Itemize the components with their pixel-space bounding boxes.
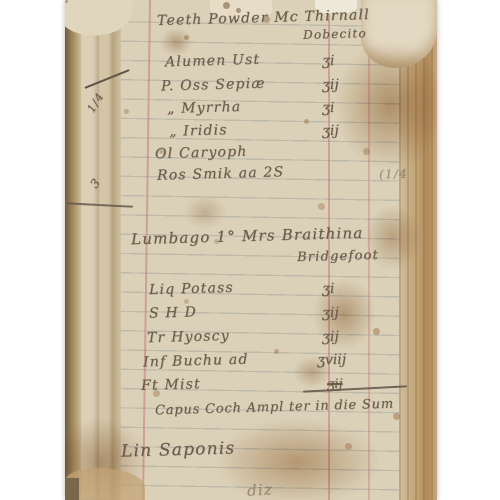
mixture-instruction: Ft Mist [141, 376, 201, 394]
stain-top-small [160, 28, 192, 56]
footer-heading: Lin Saponis [121, 438, 236, 461]
ingredient-name: Tr Hyoscy [147, 328, 230, 346]
ingredient-qty: ʒi [322, 53, 335, 69]
ingredient-qty: ʒi [322, 100, 335, 116]
stain-bottom-center [215, 418, 380, 500]
manuscript-photo: 1/4 3 Teeth Powder Mc Thirnall Dobecito … [65, 0, 437, 500]
stain-gap-faint [183, 195, 227, 229]
ingredient-name: Alumen Ust [165, 52, 261, 71]
ingredient-name: „ Myrrha [167, 99, 242, 117]
ingredient-qty: ʒij [322, 123, 339, 139]
ingredient-qty: ʒij [322, 329, 339, 345]
ingredient-name: Liq Potass [149, 280, 234, 298]
ingredient-qty-struck: ʒij [327, 377, 343, 392]
ingredient-qty: ʒij [322, 305, 339, 321]
ingredient-qty: ʒij [322, 77, 339, 93]
recipe-heading-place: Bridgefoot [297, 248, 379, 265]
ingredient-name: Inf Buchu ad [143, 352, 249, 371]
stain-right-large [335, 40, 437, 170]
ingredient-qty: ʒi [322, 281, 335, 297]
ingredient-qty: ʒviij [317, 352, 347, 369]
auction-photo-canvas: 1/4 3 Teeth Powder Mc Thirnall Dobecito … [0, 0, 500, 500]
footer-partial-line: diz [246, 480, 273, 500]
ingredient-name: P. Oss Sepiæ [161, 76, 266, 95]
ingredient-name: „ Iridis [169, 122, 228, 140]
ingredient-name: Ol Caryoph [155, 144, 248, 163]
dark-notch-bottom-left [65, 478, 79, 500]
margin-note-price: (1/4 [379, 167, 408, 182]
ingredient-name: S H D [149, 304, 197, 321]
recipe-title-sub: Dobecito [303, 26, 367, 42]
foxing-speckles [65, 0, 68, 3]
